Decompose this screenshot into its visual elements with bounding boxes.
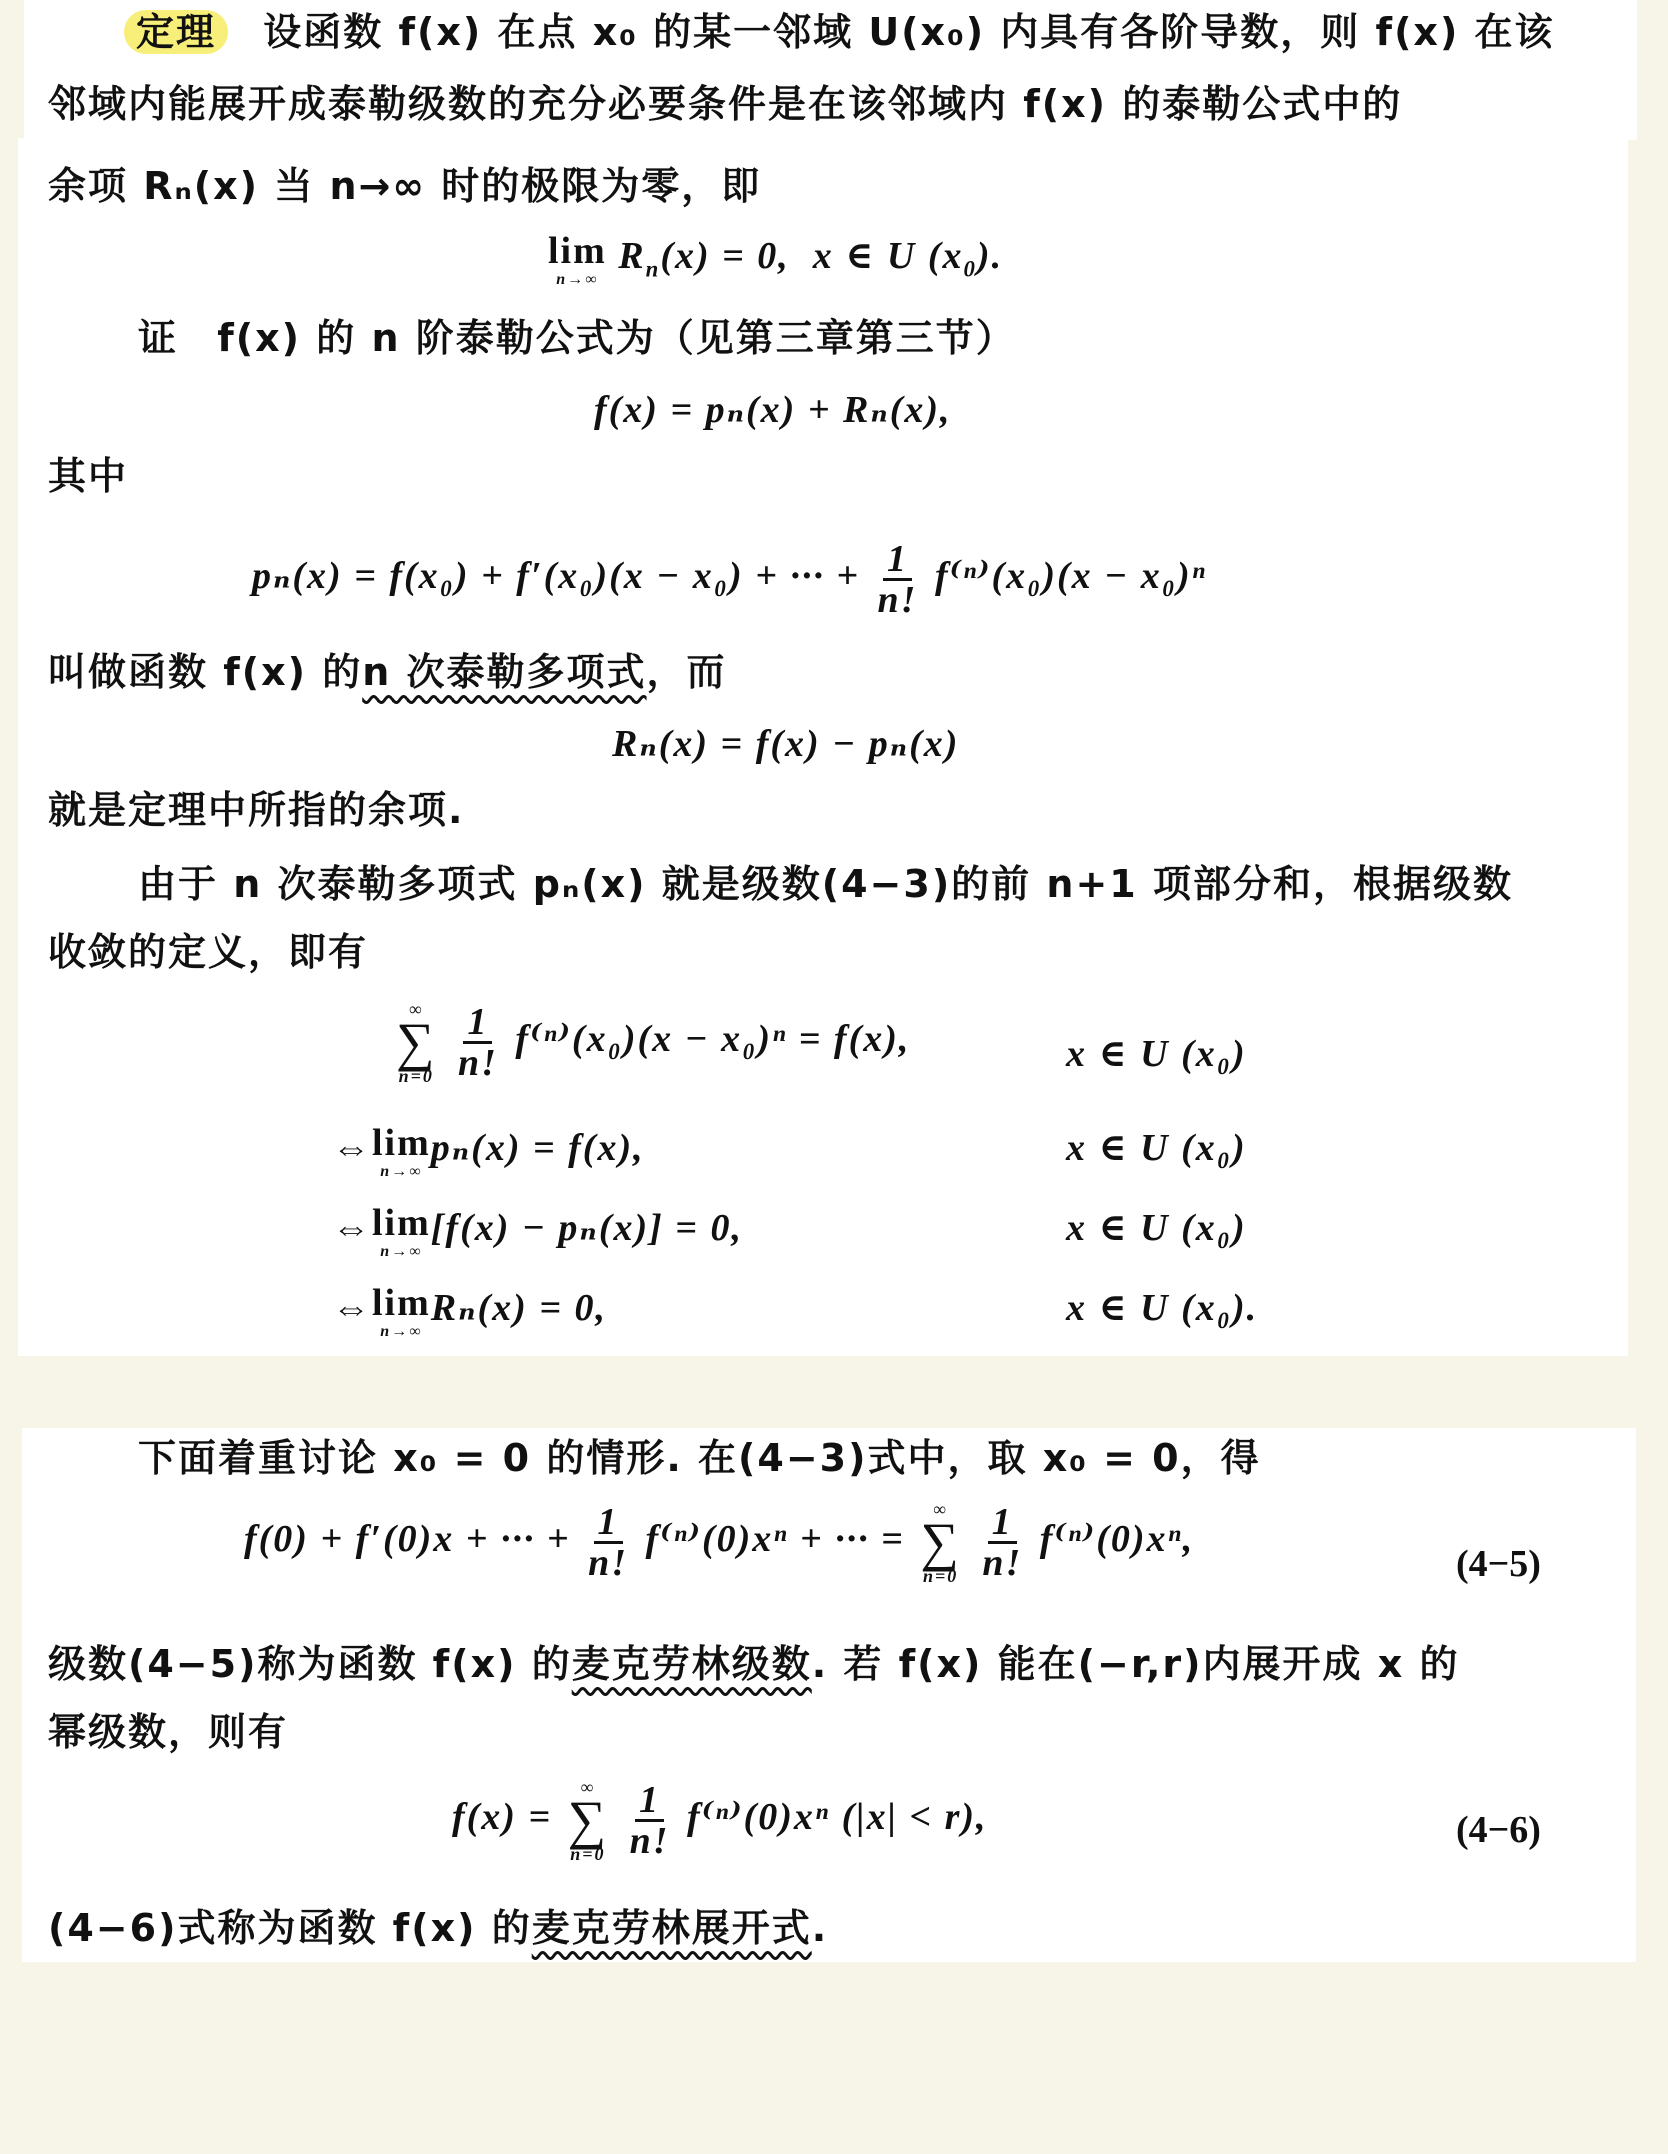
maclaurin-line-2: 级数(4−5)称为函数 f(x) 的麦克劳林级数. 若 f(x) 能在(−r,r…	[48, 1640, 1460, 1688]
equation-limit-remainder: limn→∞ lim Rₙ(x) = 0, x ∈ U(x₀). Rn(x) =…	[548, 232, 1003, 288]
chain-row-2: ⇔limn→∞pₙ(x) = f(x),	[332, 1124, 645, 1180]
maclaurin-line-4: (4−6)式称为函数 f(x) 的麦克劳林展开式.	[48, 1904, 828, 1952]
equation-4-6: f(x) = ∞∑n=0 1n! f⁽ⁿ⁾(0)xⁿ (|x| < r),	[452, 1778, 988, 1863]
equation-number-4-5: (4−5)	[1456, 1542, 1541, 1586]
theorem-label: 定理	[124, 10, 228, 54]
fraction-1-over-n-factorial: 1n!	[874, 540, 922, 619]
chain-row-1: ∞∑n=0 1n! f⁽ⁿ⁾(x₀)(x − x₀)ⁿ = f(x),	[392, 1000, 910, 1085]
term-maclaurin-series: 麦克劳林级数	[572, 1642, 812, 1686]
summation-sign: ∞∑n=0	[920, 1500, 961, 1585]
proof-remainder-line: 就是定理中所指的余项.	[48, 786, 464, 834]
equation-remainder-definition: Rₙ(x) = f(x) − pₙ(x)	[612, 720, 959, 768]
equation-number-4-6: (4−6)	[1456, 1808, 1541, 1852]
term-taylor-polynomial: n 次泰勒多项式	[362, 650, 646, 694]
proof-text-1: f(x) 的 n 阶泰勒公式为（见第三章第三节）	[217, 316, 1016, 360]
chain-row-1-domain: x ∈ U (x₀)	[1066, 1030, 1247, 1078]
theorem-text-2: 邻域内能展开成泰勒级数的充分必要条件是在该邻域内 f(x) 的泰勒公式中的	[48, 82, 1402, 126]
proof-para2-line-1: 由于 n 次泰勒多项式 pₙ(x) 就是级数(4−3)的前 n+1 项部分和，根…	[138, 860, 1513, 908]
equation-4-5: f(0) + f′(0)x + ··· + 1n! f⁽ⁿ⁾(0)xⁿ + ··…	[244, 1500, 1194, 1585]
proof-where: 其中	[48, 452, 128, 500]
theorem-line-1: 定理 设函数 f(x) 在点 x₀ 的某一邻域 U(x₀) 内具有各阶导数，则 …	[136, 8, 1555, 56]
proof-called-line: 叫做函数 f(x) 的n 次泰勒多项式，而	[48, 648, 727, 696]
theorem-text-1: 设函数 f(x) 在点 x₀ 的某一邻域 U(x₀) 内具有各阶导数，则 f(x…	[263, 10, 1554, 54]
summation-sign: ∞∑n=0	[568, 1778, 609, 1863]
proof-para2-line-2: 收敛的定义，即有	[48, 928, 368, 976]
chain-row-4: ⇔limn→∞Rₙ(x) = 0,	[332, 1284, 607, 1340]
chain-row-3: ⇔limn→∞[f(x) − pₙ(x)] = 0,	[332, 1204, 743, 1260]
term-maclaurin-expansion: 麦克劳林展开式	[532, 1906, 812, 1950]
theorem-text-3: 余项 Rₙ(x) 当 n→∞ 时的极限为零，即	[48, 164, 761, 208]
proof-line-1: 证 f(x) 的 n 阶泰勒公式为（见第三章第三节）	[138, 314, 1016, 362]
summation-sign: ∞∑n=0	[396, 1000, 437, 1085]
equation-taylor-polynomial: pₙ(x) = f(x₀) + f′(x₀)(x − x₀) + ··· + 1…	[252, 540, 1207, 619]
maclaurin-line-3: 幂级数，则有	[48, 1708, 288, 1756]
proof-label: 证	[138, 316, 178, 360]
chain-row-2-domain: x ∈ U (x₀)	[1066, 1124, 1247, 1172]
theorem-line-2: 邻域内能展开成泰勒级数的充分必要条件是在该邻域内 f(x) 的泰勒公式中的	[48, 80, 1402, 128]
chain-row-4-domain: x ∈ U (x₀).	[1066, 1284, 1258, 1332]
maclaurin-line-1: 下面着重讨论 x₀ = 0 的情形. 在(4−3)式中，取 x₀ = 0，得	[138, 1434, 1261, 1482]
equation-taylor-decomposition: f(x) = pₙ(x) + Rₙ(x),	[594, 386, 952, 434]
chain-row-3-domain: x ∈ U (x₀)	[1066, 1204, 1247, 1252]
theorem-line-3: 余项 Rₙ(x) 当 n→∞ 时的极限为零，即	[48, 162, 761, 210]
